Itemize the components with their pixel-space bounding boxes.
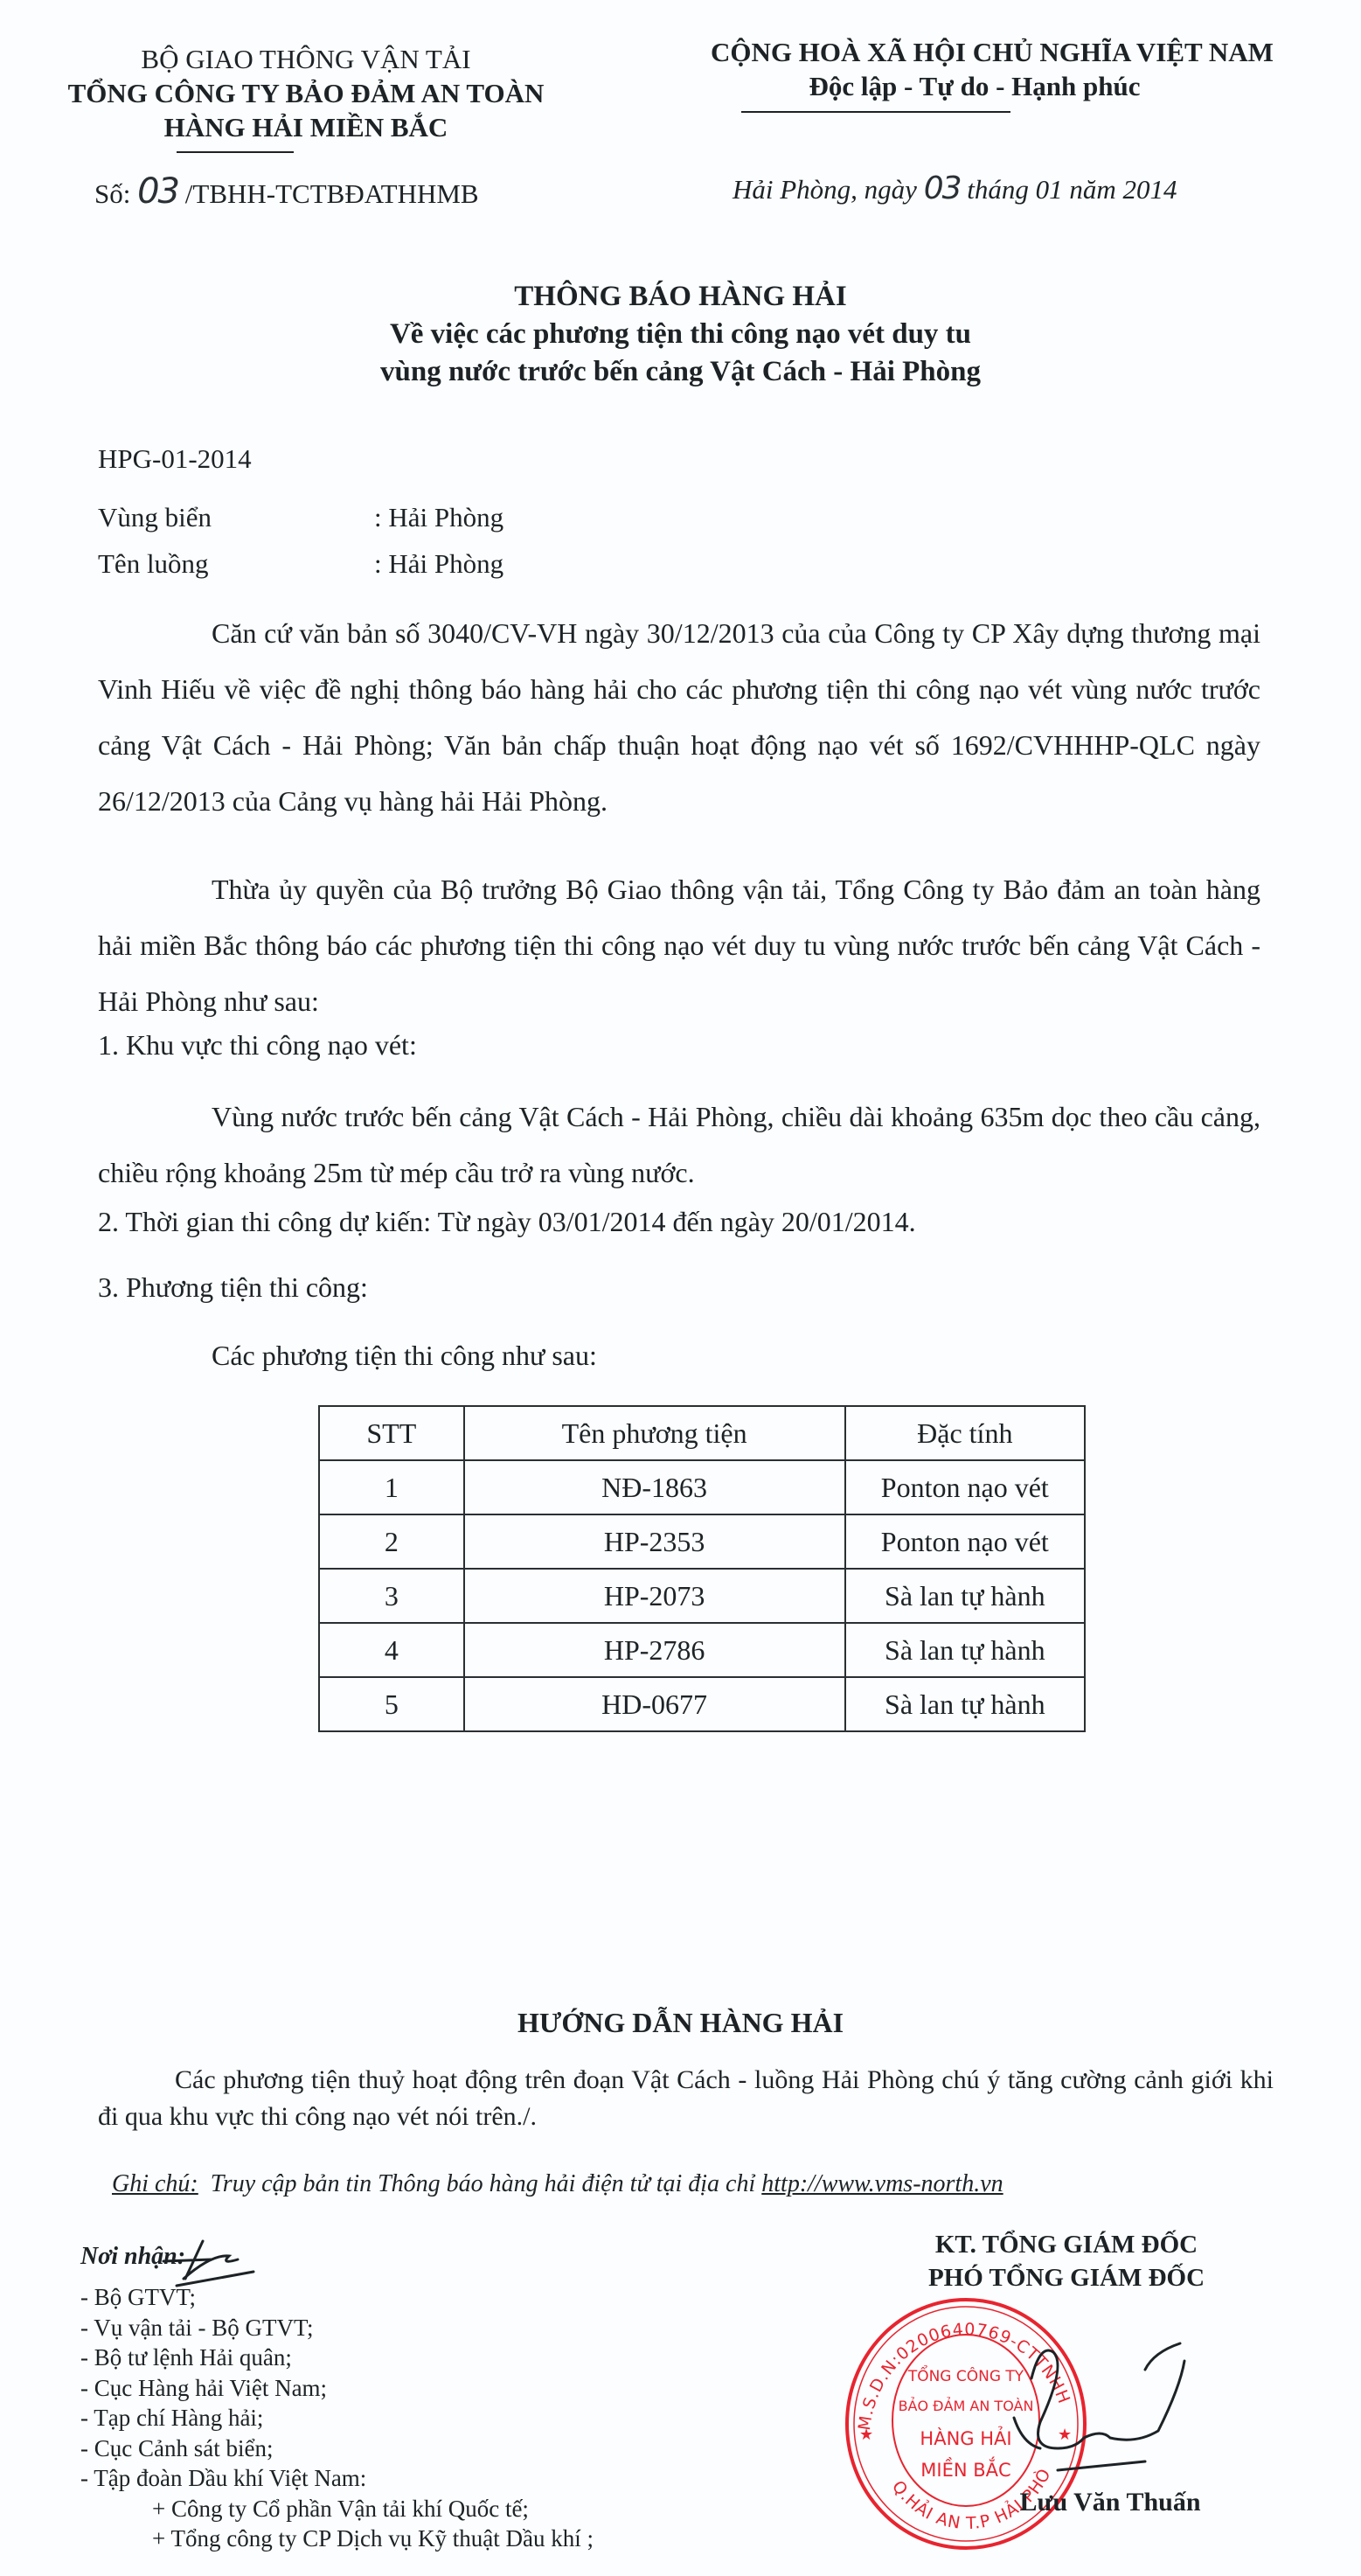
nation-block: CỘNG HOÀ XÃ HỘI CHỦ NGHĨA VIỆT NAM Độc l… <box>647 35 1337 103</box>
issuer-underline <box>177 151 294 153</box>
section-1-text: Vùng nước trước bến cảng Vật Cách - Hải … <box>98 1101 1260 1188</box>
document-subject-line2: vùng nước trước bến cảng Vật Cách - Hải … <box>0 353 1361 391</box>
table-row: 1NĐ-1863Ponton nạo vét <box>319 1460 1085 1514</box>
cell-stt: 1 <box>319 1460 464 1514</box>
signature-title-block: KT. TỔNG GIÁM ĐỐC PHÓ TỔNG GIÁM ĐỐC <box>883 2228 1250 2294</box>
guidance-heading: HƯỚNG DẪN HÀNG HẢI <box>0 2007 1361 2039</box>
table-row: 2HP-2353Ponton nạo vét <box>319 1514 1085 1569</box>
section-3-intro: Các phương tiện thi công như sau: <box>212 1338 597 1373</box>
svg-text:HÀNG HẢI: HÀNG HẢI <box>920 2426 1011 2449</box>
section-2-heading: 2. Thời gian thi công dự kiến: Từ ngày 0… <box>98 1204 916 1239</box>
column-header-characteristic: Đặc tính <box>845 1406 1085 1460</box>
signature-position: PHÓ TỔNG GIÁM ĐỐC <box>883 2261 1250 2294</box>
cell-vessel-name: HP-2073 <box>464 1569 845 1623</box>
section-3-heading: 3. Phương tiện thi công: <box>98 1270 368 1305</box>
cell-characteristic: Sà lan tự hành <box>845 1623 1085 1677</box>
nation-motto: Độc lập - Tự do - Hạnh phúc <box>612 69 1337 103</box>
ministry-name: BỘ GIAO THÔNG VẬN TẢI <box>61 42 551 76</box>
cell-stt: 5 <box>319 1677 464 1731</box>
cell-vessel-name: NĐ-1863 <box>464 1460 845 1514</box>
table-row: 4HP-2786Sà lan tự hành <box>319 1623 1085 1677</box>
recipient-item: - Tập đoàn Dầu khí Việt Nam: <box>80 2463 594 2494</box>
document-number: Số: 03 /TBHH-TCTBĐATHHMB <box>94 175 479 211</box>
basis-paragraph: Căn cứ văn bản số 3040/CV-VH ngày 30/12/… <box>98 605 1260 829</box>
recipient-item: - Cục Hàng hải Việt Nam; <box>80 2373 594 2404</box>
table-header-row: STT Tên phương tiện Đặc tính <box>319 1406 1085 1460</box>
cell-characteristic: Sà lan tự hành <box>845 1569 1085 1623</box>
section-1-body: Vùng nước trước bến cảng Vật Cách - Hải … <box>98 1089 1260 1201</box>
cell-characteristic: Ponton nạo vét <box>845 1460 1085 1514</box>
cell-vessel-name: HP-2353 <box>464 1514 845 1569</box>
issuer-block: BỘ GIAO THÔNG VẬN TẢI TỔNG CÔNG TY BẢO Đ… <box>61 42 551 144</box>
cell-vessel-name: HP-2786 <box>464 1623 845 1677</box>
issue-date: Hải Phòng, ngày 03 tháng 01 năm 2014 <box>733 171 1177 206</box>
initials-signature-icon <box>159 2237 264 2289</box>
sea-area-row: Vùng biển: Hải Phòng <box>98 500 503 535</box>
company-name-line2: HÀNG HẢI MIỀN BẮC <box>61 110 551 144</box>
document-title-block: THÔNG BÁO HÀNG HẢI Về việc các phương ti… <box>0 278 1361 391</box>
svg-text:★: ★ <box>859 2426 873 2444</box>
document-title: THÔNG BÁO HÀNG HẢI <box>0 278 1361 316</box>
cell-stt: 3 <box>319 1569 464 1623</box>
note-url-link[interactable]: http://www.vms-north.vn <box>761 2170 1003 2197</box>
recipient-item: - Tạp chí Hàng hải; <box>80 2403 594 2433</box>
authority-text: Thừa ủy quyền của Bộ trưởng Bộ Giao thôn… <box>98 874 1260 1017</box>
column-header-stt: STT <box>319 1406 464 1460</box>
document-subject-line1: Về việc các phương tiện thi công nạo vét… <box>0 316 1361 353</box>
table-row: 3HP-2073Sà lan tự hành <box>319 1569 1085 1623</box>
date-suffix: tháng 01 năm 2014 <box>967 174 1177 205</box>
cell-vessel-name: HD-0677 <box>464 1677 845 1731</box>
nation-title: CỘNG HOÀ XÃ HỘI CHỦ NGHĨA VIỆT NAM <box>647 35 1337 69</box>
sea-area-value: : Hải Phòng <box>374 502 503 533</box>
number-handwritten: 03 <box>137 171 178 212</box>
signer-name: Lưu Văn Thuấn <box>979 2488 1241 2517</box>
cell-stt: 2 <box>319 1514 464 1569</box>
basis-text: Căn cứ văn bản số 3040/CV-VH ngày 30/12/… <box>98 617 1260 817</box>
note-text: Truy cập bản tin Thông báo hàng hải điện… <box>211 2170 756 2197</box>
date-day-handwritten: 03 <box>924 171 961 206</box>
recipients-list: - Bộ GTVT;- Vụ vận tải - Bộ GTVT;- Bộ tư… <box>80 2282 594 2554</box>
svg-text:MIỀN BẮC: MIỀN BẮC <box>920 2456 1010 2481</box>
number-suffix: /TBHH-TCTBĐATHHMB <box>185 178 479 209</box>
recipient-sub-item: + Tổng công ty CP Dịch vụ Kỹ thuật Dầu k… <box>80 2524 594 2554</box>
channel-value: : Hải Phòng <box>374 548 503 579</box>
recipient-item: - Bộ GTVT; <box>80 2282 594 2313</box>
column-header-vessel-name: Tên phương tiện <box>464 1406 845 1460</box>
notice-code: HPG-01-2014 <box>98 442 252 477</box>
signature-on-behalf: KT. TỔNG GIÁM ĐỐC <box>883 2228 1250 2261</box>
cell-stt: 4 <box>319 1623 464 1677</box>
channel-row: Tên luồng: Hải Phòng <box>98 547 503 581</box>
cell-characteristic: Sà lan tự hành <box>845 1677 1085 1731</box>
recipient-item: - Vụ vận tải - Bộ GTVT; <box>80 2313 594 2343</box>
recipient-item: - Cục Cảnh sát biển; <box>80 2433 594 2464</box>
number-prefix: Số: <box>94 178 130 209</box>
guidance-paragraph: Các phương tiện thuỷ hoạt động trên đoạn… <box>98 2062 1274 2135</box>
company-name-line1: TỔNG CÔNG TY BẢO ĐẢM AN TOÀN <box>61 76 551 110</box>
authority-paragraph: Thừa ủy quyền của Bộ trưởng Bộ Giao thôn… <box>98 861 1260 1029</box>
channel-label: Tên luồng <box>98 547 374 581</box>
recipient-sub-item: + Công ty Cổ phần Vận tải khí Quốc tế; <box>80 2494 594 2524</box>
vessel-table: STT Tên phương tiện Đặc tính 1NĐ-1863Pon… <box>318 1405 1086 1732</box>
date-prefix: Hải Phòng, ngày <box>733 174 917 205</box>
recipient-item: - Bộ tư lệnh Hải quân; <box>80 2343 594 2373</box>
motto-underline <box>741 111 1010 113</box>
cell-characteristic: Ponton nạo vét <box>845 1514 1085 1569</box>
note-line: Ghi chú: Truy cập bản tin Thông báo hàng… <box>112 2170 1003 2198</box>
sea-area-label: Vùng biển <box>98 500 374 535</box>
director-signature-icon <box>1005 2326 1198 2483</box>
section-1-heading: 1. Khu vực thi công nạo vét: <box>98 1027 417 1062</box>
guidance-text: Các phương tiện thuỷ hoạt động trên đoạn… <box>98 2065 1274 2131</box>
note-label: Ghi chú: <box>112 2170 198 2197</box>
table-row: 5HD-0677Sà lan tự hành <box>319 1677 1085 1731</box>
